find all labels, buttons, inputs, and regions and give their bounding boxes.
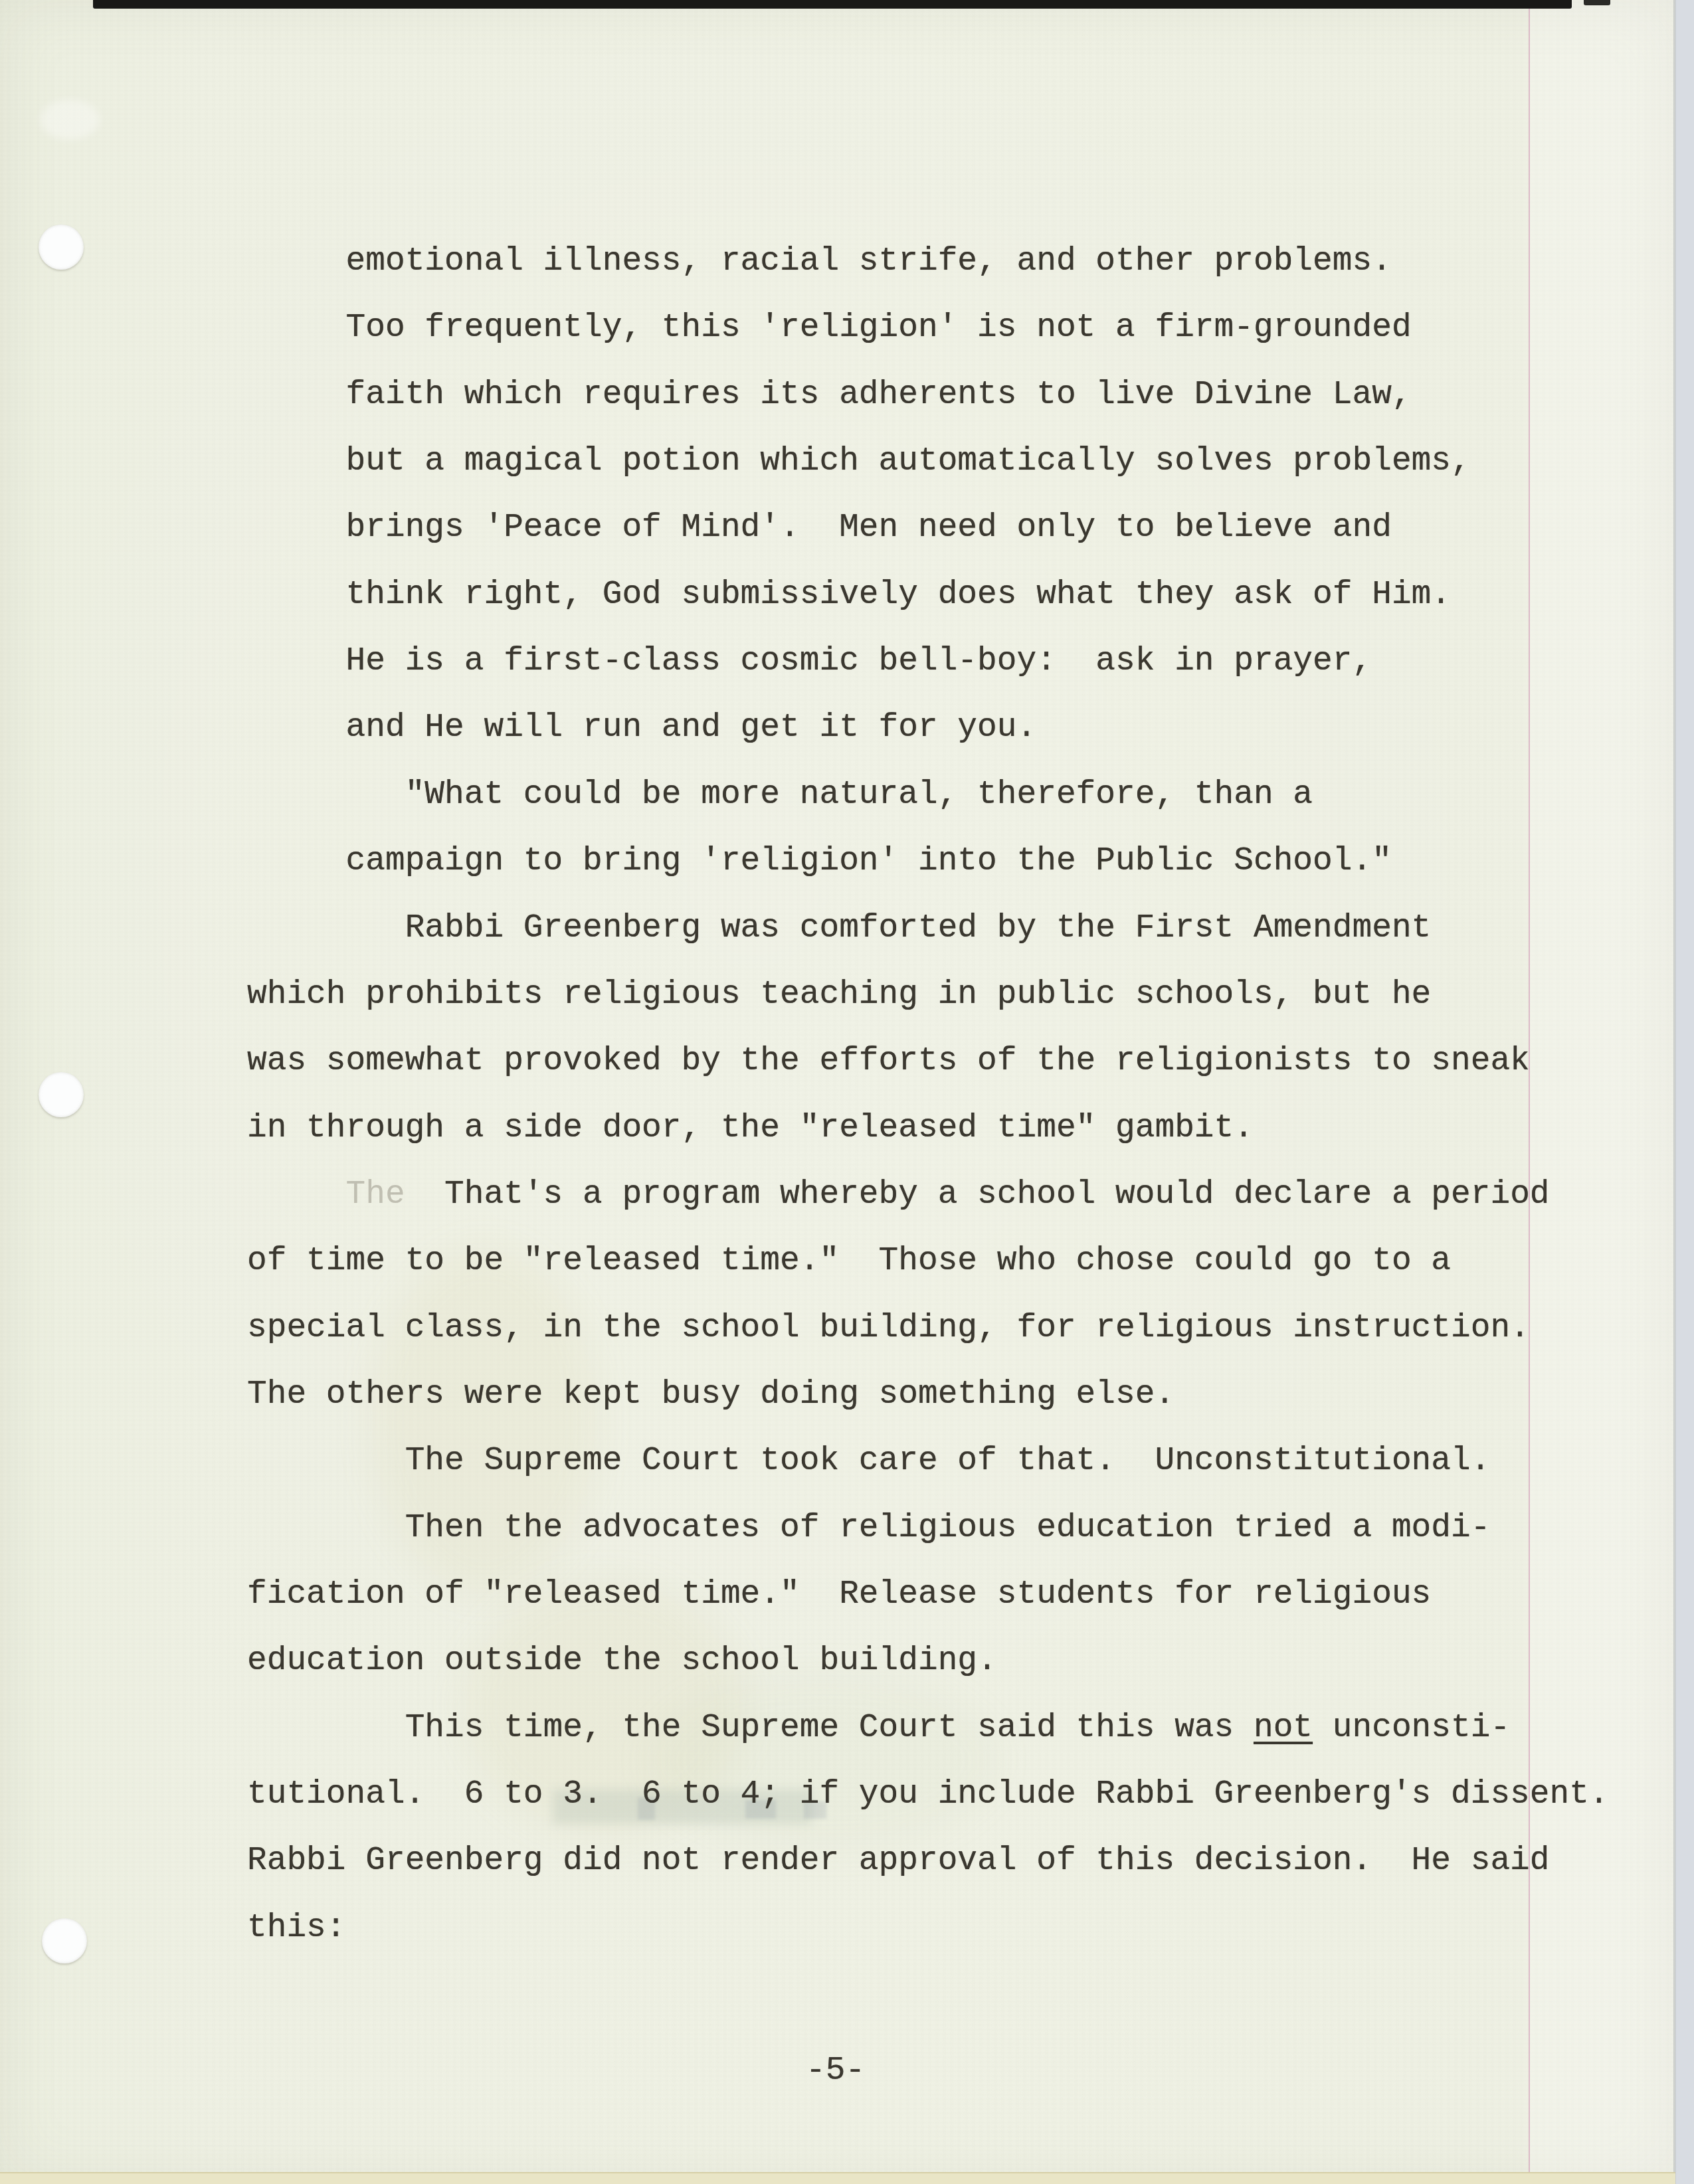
text-segment: He is a first-class cosmic bell-boy: ask… <box>247 642 1372 680</box>
text-line: education outside the school building. <box>247 1640 997 1681</box>
text-line: tutional. 6 to 3. 6 to 4; if you include… <box>247 1774 1609 1815</box>
text-segment: tutional. 6 to 3. 6 to 4; if you include… <box>247 1775 1609 1813</box>
hole-punch-top <box>39 225 84 270</box>
text-segment: and He will run and get it for you. <box>247 709 1036 746</box>
page-number: -5- <box>806 2050 865 2091</box>
text-segment: education outside the school building. <box>247 1642 997 1679</box>
text-line: Rabbi Greenberg was comforted by the Fir… <box>247 907 1431 949</box>
text-segment: Rabbi Greenberg did not render approval … <box>247 1842 1550 1879</box>
text-line: The That's a program whereby a school wo… <box>247 1174 1550 1215</box>
text-segment: That's a program whereby a school would … <box>405 1176 1550 1213</box>
text-segment-underline: not <box>1254 1709 1313 1746</box>
text-segment-ghost: The <box>346 1176 405 1213</box>
text-line: He is a first-class cosmic bell-boy: ask… <box>247 640 1372 682</box>
text-line: Then the advocates of religious educatio… <box>247 1507 1490 1548</box>
text-segment: was somewhat provoked by the efforts of … <box>247 1042 1530 1079</box>
text-segment: emotional illness, racial strife, and ot… <box>247 242 1392 280</box>
text-segment: The Supreme Court took care of that. Unc… <box>247 1442 1490 1479</box>
text-line: campaign to bring 'religion' into the Pu… <box>247 840 1392 881</box>
text-segment: of time to be "released time." Those who… <box>247 1242 1451 1279</box>
text-line: was somewhat provoked by the efforts of … <box>247 1040 1530 1081</box>
scanned-document-page: emotional illness, racial strife, and ot… <box>0 0 1694 2184</box>
text-line: special class, in the school building, f… <box>247 1307 1530 1348</box>
text-segment: Then the advocates of religious educatio… <box>247 1509 1490 1546</box>
text-segment: The others were kept busy doing somethin… <box>247 1376 1175 1413</box>
text-line: Rabbi Greenberg did not render approval … <box>247 1840 1550 1881</box>
text-line: think right, God submissively does what … <box>247 574 1451 615</box>
text-segment: campaign to bring 'religion' into the Pu… <box>247 842 1392 879</box>
text-segment: special class, in the school building, f… <box>247 1309 1530 1346</box>
text-line: and He will run and get it for you. <box>247 707 1036 748</box>
text-segment: in through a side door, the "released ti… <box>247 1109 1254 1146</box>
text-segment: Rabbi Greenberg was comforted by the Fir… <box>247 909 1431 947</box>
text-line: This time, the Supreme Court said this w… <box>247 1707 1510 1748</box>
text-segment: which prohibits religious teaching in pu… <box>247 976 1431 1013</box>
text-segment: This time, the Supreme Court said this w… <box>247 1709 1254 1746</box>
text-segment: fication of "released time." Release stu… <box>247 1576 1431 1613</box>
text-line: this: <box>247 1907 346 1948</box>
hole-punch-middle <box>39 1072 84 1117</box>
text-line: "What could be more natural, therefore, … <box>247 774 1313 815</box>
text-segment <box>247 1176 346 1213</box>
hole-punch-bottom <box>42 1918 87 1963</box>
text-line: brings 'Peace of Mind'. Men need only to… <box>247 507 1392 548</box>
text-segment: think right, God submissively does what … <box>247 576 1451 613</box>
text-line: in through a side door, the "released ti… <box>247 1107 1254 1148</box>
text-line: but a magical potion which automatically… <box>247 440 1471 482</box>
text-line: of time to be "released time." Those who… <box>247 1240 1451 1281</box>
paper-bright-spot <box>40 100 100 139</box>
text-segment: but a magical potion which automatically… <box>247 442 1471 480</box>
text-segment: faith which requires its adherents to li… <box>247 376 1412 413</box>
text-segment: unconsti- <box>1313 1709 1510 1746</box>
text-line: fication of "released time." Release stu… <box>247 1574 1431 1615</box>
text-line: emotional illness, racial strife, and ot… <box>247 240 1392 282</box>
text-segment: brings 'Peace of Mind'. Men need only to… <box>247 509 1392 546</box>
text-line: which prohibits religious teaching in pu… <box>247 974 1431 1015</box>
text-line: The others were kept busy doing somethin… <box>247 1374 1175 1415</box>
typewritten-text-block: emotional illness, racial strife, and ot… <box>247 0 1642 2184</box>
text-line: The Supreme Court took care of that. Unc… <box>247 1440 1490 1481</box>
text-line: faith which requires its adherents to li… <box>247 374 1412 415</box>
paper-right-edge <box>1673 0 1676 2184</box>
text-segment: this: <box>247 1909 346 1946</box>
text-segment: Too frequently, this 'religion' is not a… <box>247 309 1412 346</box>
text-line: Too frequently, this 'religion' is not a… <box>247 307 1412 348</box>
text-segment: "What could be more natural, therefore, … <box>247 776 1313 813</box>
